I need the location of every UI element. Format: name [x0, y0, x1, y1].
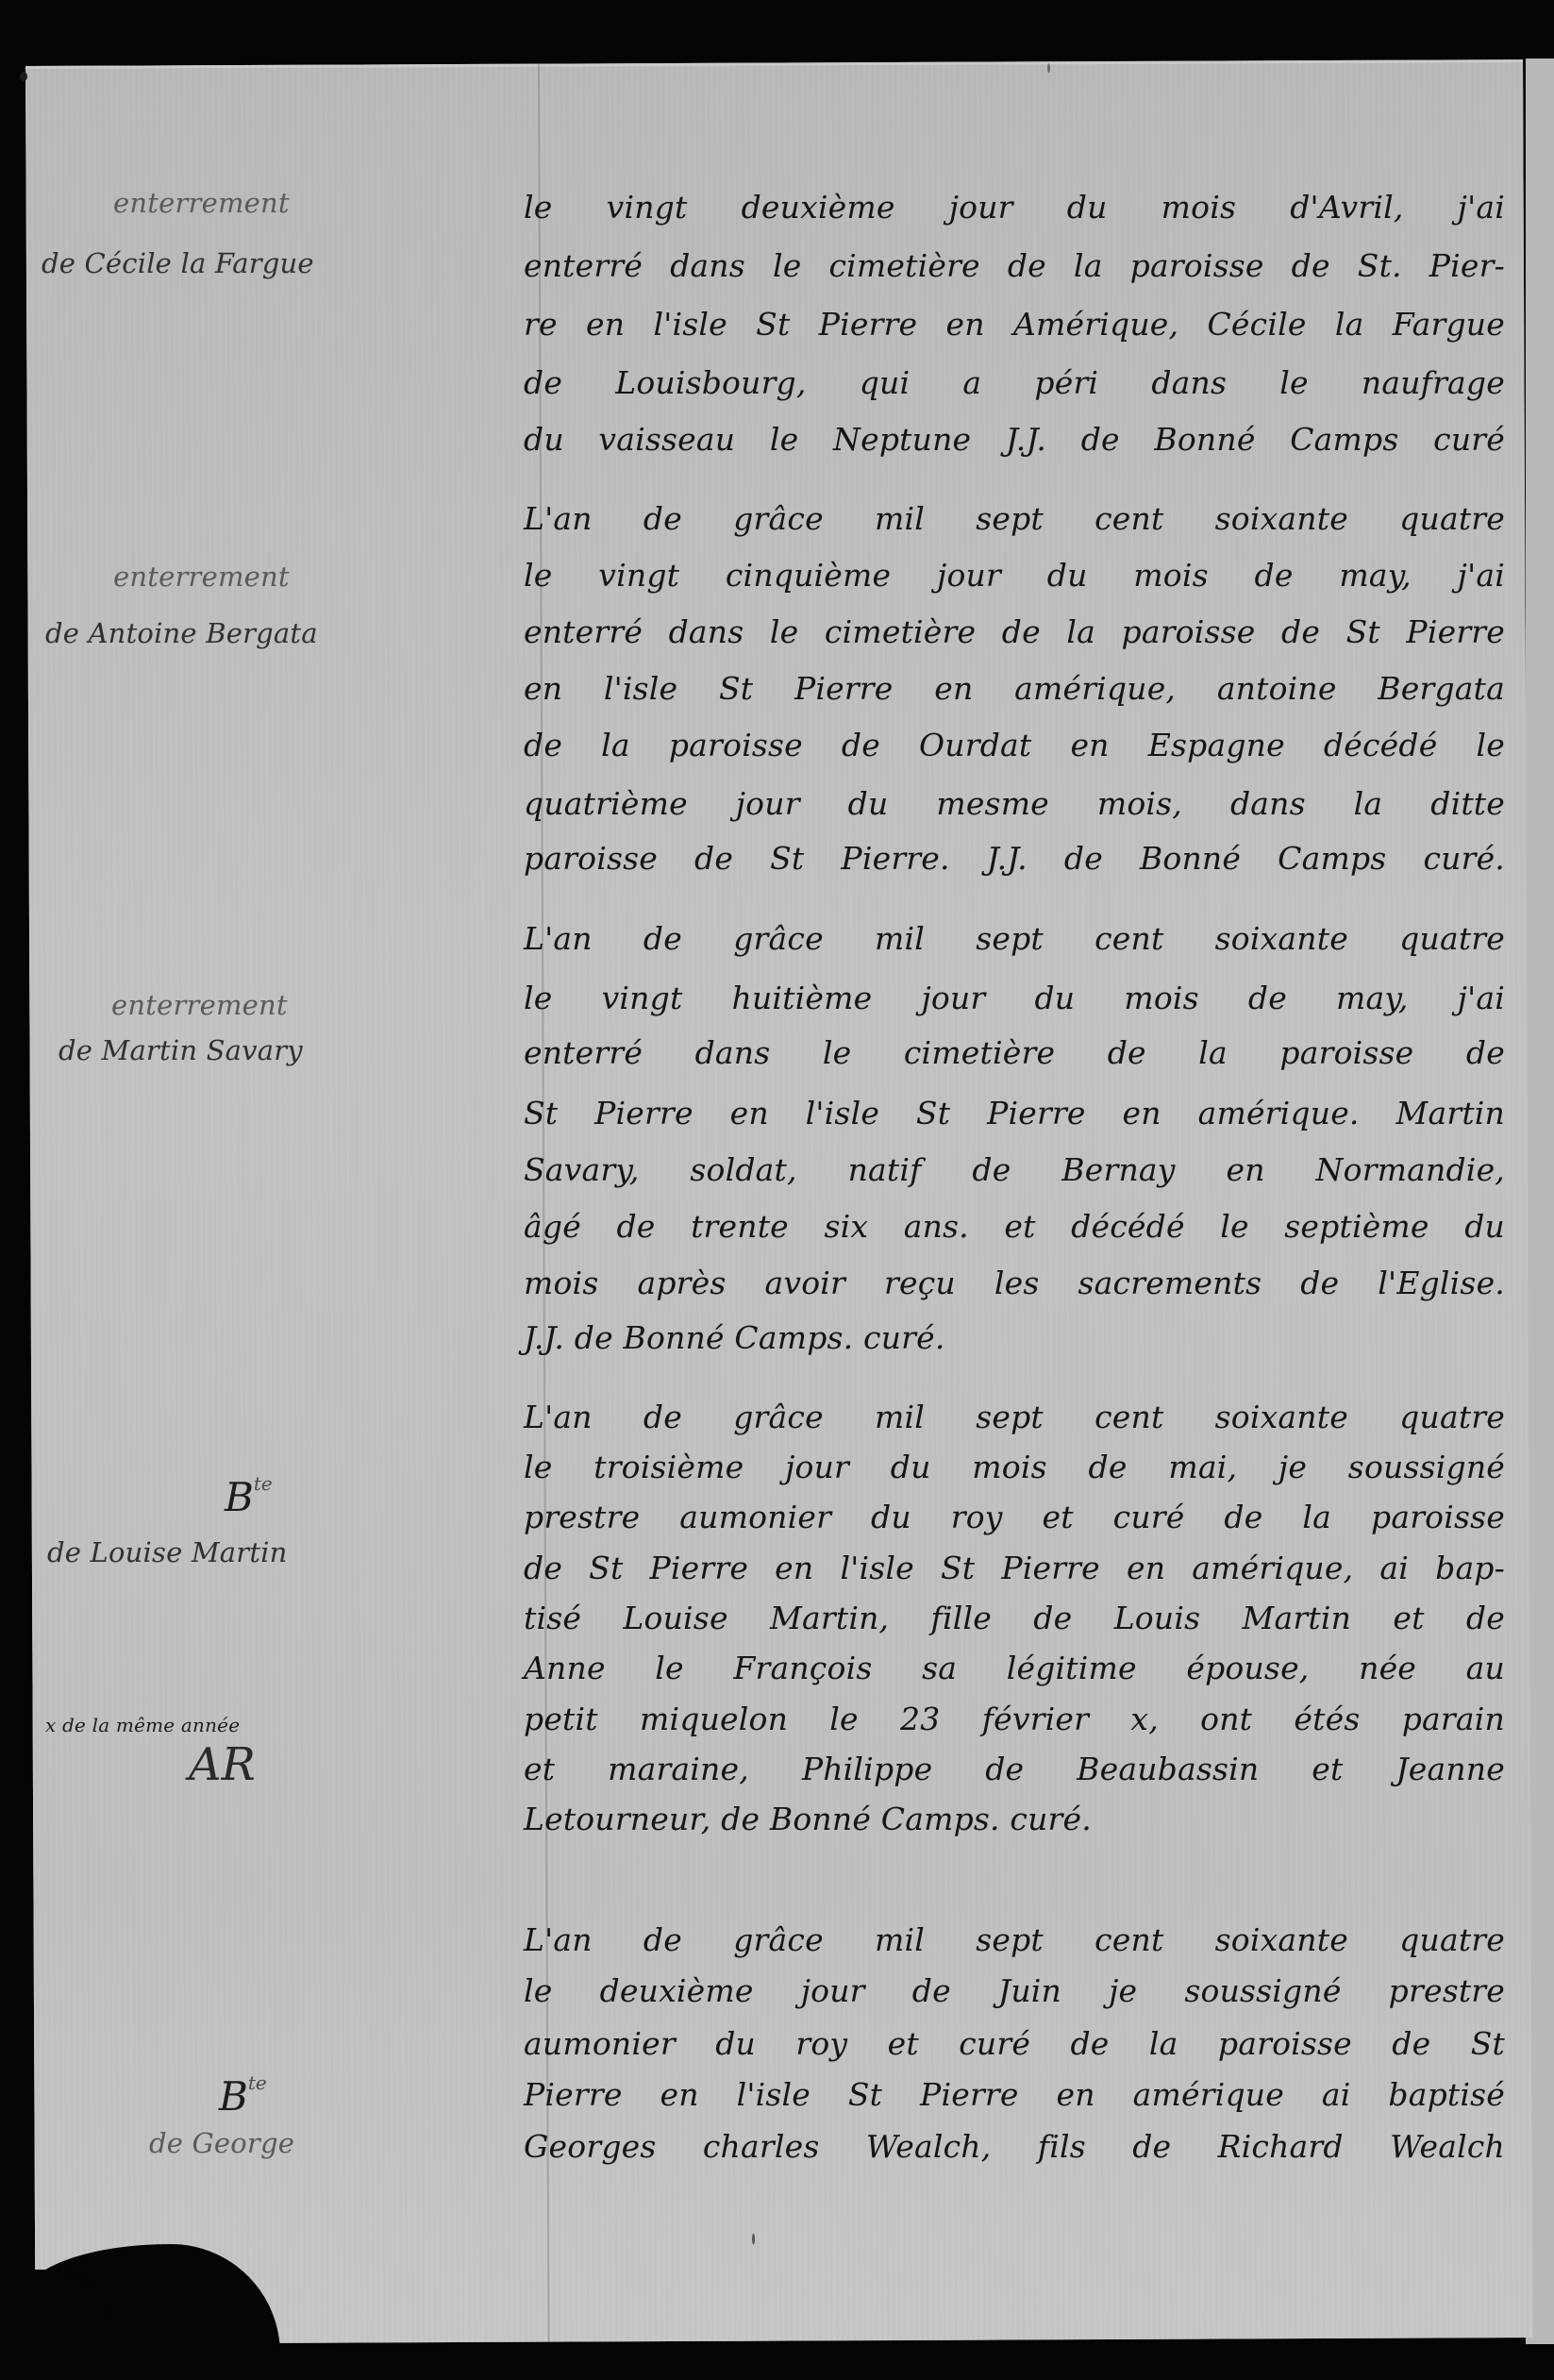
baptism-label-superscript: te	[248, 2071, 267, 2094]
margin-entry-type: enterrement	[113, 187, 290, 219]
entry-text-line: le deuxième jour de Juin je soussigné pr…	[524, 1972, 1505, 2009]
entry-text-line: petit miquelon le 23 février x, ont étés…	[524, 1701, 1505, 1737]
baptism-label: Bte	[225, 1474, 273, 1520]
entry-text-line: mois après avoir reçu les sacrements de …	[524, 1265, 1505, 1301]
entry-text-line: enterré dans le cimetière de la paroisse…	[524, 247, 1505, 284]
entry-text-line: en l'isle St Pierre en amérique, antoine…	[524, 670, 1505, 707]
margin-annotation: x de la même année	[45, 1714, 240, 1736]
entry-text-line: Anne le François sa légitime épouse, née…	[524, 1650, 1505, 1686]
margin-entry-type: enterrement	[111, 989, 288, 1021]
ink-speck	[1047, 63, 1050, 73]
baptism-label: Bte	[219, 2073, 267, 2120]
entry-text-line: du vaisseau le Neptune J.J. de Bonné Cam…	[524, 421, 1505, 458]
entry-text-line: enterré dans le cimetière de la paroisse…	[524, 1034, 1505, 1071]
entry-text-line: Pierre en l'isle St Pierre en amérique a…	[524, 2076, 1505, 2113]
scan-bottom-border	[0, 2344, 1554, 2380]
entry-signature-line: Letourneur, de Bonné Camps. curé.	[524, 1801, 1505, 1837]
margin-baptism-abbreviation: Bte	[219, 2071, 267, 2120]
entry-text-line: le troisième jour du mois de mai, je sou…	[524, 1449, 1505, 1485]
margin-entry-type: enterrement	[113, 561, 290, 593]
entry-text-line: L'an de grâce mil sept cent soixante qua…	[524, 920, 1505, 957]
entry-text-line: enterré dans le cimetière de la paroisse…	[524, 613, 1505, 650]
entry-text-line: le vingt cinquième jour du mois de may, …	[524, 557, 1505, 594]
entry-text-line: de la paroisse de Ourdat en Espagne décé…	[524, 727, 1505, 763]
ink-speck	[752, 2234, 755, 2245]
entry-text-line: de Louisbourg, qui a péri dans le naufra…	[524, 364, 1505, 401]
entry-text-line: tisé Louise Martin, fille de Louis Marti…	[524, 1600, 1505, 1636]
entry-text-line: re en l'isle St Pierre en Amérique, Céci…	[524, 306, 1505, 343]
entry-text-line: le vingt deuxième jour du mois d'Avril, …	[524, 189, 1505, 226]
margin-entry-subject: de Cécile la Fargue	[42, 247, 314, 279]
margin-monogram-initials: AR	[189, 1738, 256, 1791]
entry-text-line: de St Pierre en l'isle St Pierre en amér…	[524, 1550, 1505, 1586]
entry-text-line: Georges charles Wealch, fils de Richard …	[524, 2128, 1505, 2165]
entry-text-line: prestre aumonier du roy et curé de la pa…	[524, 1499, 1505, 1535]
entry-text-line: et maraine, Philippe de Beaubassin et Je…	[524, 1751, 1505, 1787]
entry-text-line: le vingt huitième jour du mois de may, j…	[524, 980, 1505, 1016]
margin-baptism-abbreviation: Bte	[225, 1472, 273, 1520]
entry-text-line: L'an de grâce mil sept cent soixante qua…	[524, 500, 1505, 537]
entry-text-line: L'an de grâce mil sept cent soixante qua…	[524, 1921, 1505, 1958]
margin-entry-subject: de Antoine Bergata	[45, 617, 318, 649]
entry-text-line: St Pierre en l'isle St Pierre en amériqu…	[524, 1095, 1505, 1131]
margin-entry-subject: de George	[149, 2127, 294, 2159]
entry-signature-line: J.J. de Bonné Camps. curé.	[524, 1319, 1505, 1356]
entry-text-line: quatrième jour du mesme mois, dans la di…	[524, 785, 1505, 822]
baptism-label-superscript: te	[254, 1472, 273, 1495]
binding-hole-mark	[20, 72, 27, 81]
entry-text-line: L'an de grâce mil sept cent soixante qua…	[524, 1399, 1505, 1435]
margin-entry-subject: de Martin Savary	[58, 1034, 303, 1066]
entry-text-line: âgé de trente six ans. et décédé le sept…	[524, 1208, 1505, 1245]
entry-text-line: Savary, soldat, natif de Bernay en Norma…	[524, 1151, 1505, 1188]
entry-text-line: paroisse de St Pierre. J.J. de Bonné Cam…	[524, 840, 1505, 877]
entry-text-line: aumonier du roy et curé de la paroisse d…	[524, 2025, 1505, 2062]
margin-entry-subject: de Louise Martin	[47, 1536, 288, 1568]
